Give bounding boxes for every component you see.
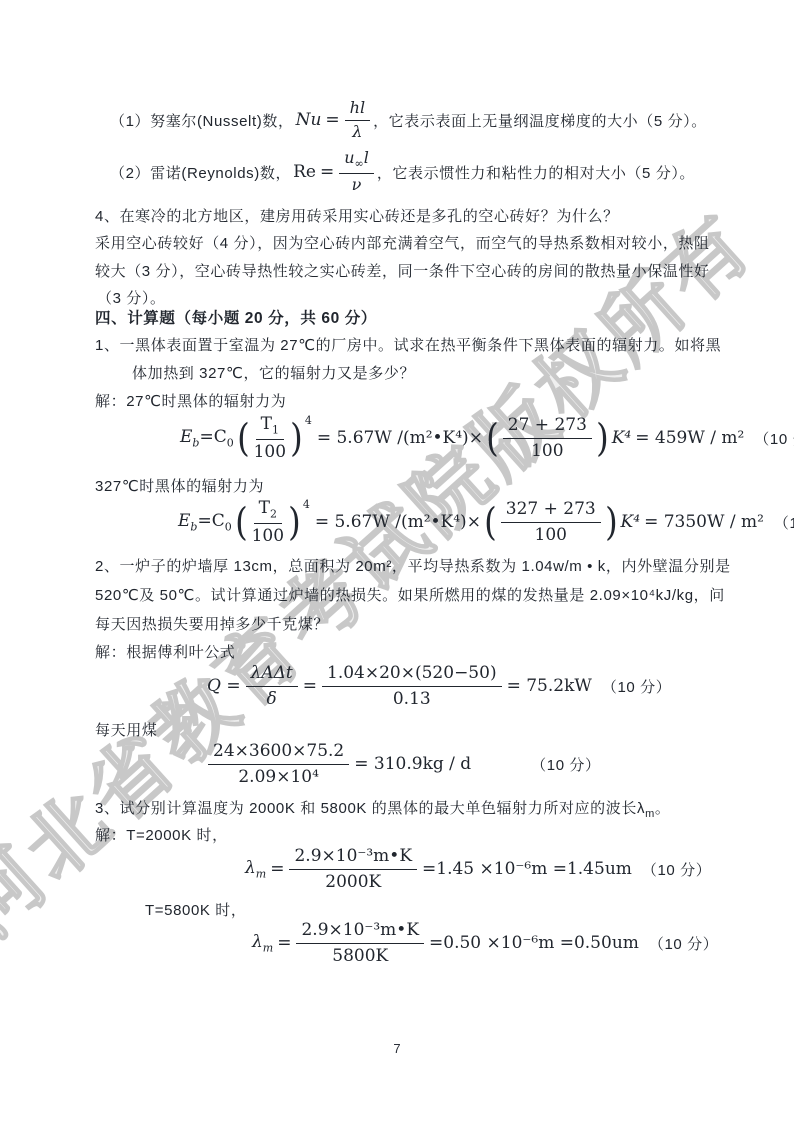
equals-sign: = (325, 110, 339, 130)
nu-symbol: Nu (296, 110, 322, 130)
q-lhs: Q = (207, 676, 241, 696)
p1-question-line-2: 体加热到 327℃，它的辐射力又是多少？ (132, 364, 415, 384)
p1-mid-label: 327℃时黑体的辐射力为 (95, 477, 264, 497)
q4-answer-line-1: 采用空心砖较好（4 分），因为空心砖内部充满着空气，而空气的导热系数相对较小，热… (95, 234, 710, 254)
lambda-a-dt-over-delta: λAΔt δ (246, 662, 298, 709)
k4-unit: K⁴ (612, 428, 632, 448)
wien-fraction: 2.9×10⁻³m•K 2000K (289, 845, 417, 892)
p1-question-line-1: 1、一黑体表面置于室温为 27℃的厂房中。试求在热平衡条件下黑体表面的辐射力。如… (95, 336, 721, 356)
re-symbol: Re (293, 162, 316, 182)
equals-sign: = (303, 676, 317, 696)
section-4-heading: 四、计算题（每小题 20 分，共 60 分） (95, 309, 377, 329)
score-badge: （10 分） (642, 859, 711, 880)
q3-item-2-suffix: ，它表示惯性力和粘性力的相对大小（5 分）。 (377, 162, 695, 183)
equals-sign: = (277, 933, 291, 953)
eb-middle: = 5.67W /(m²•K⁴)× (315, 512, 481, 532)
q3-item-1-suffix: ，它表示表面上无量纲温度梯度的大小（5 分）。 (373, 110, 707, 131)
eb-lhs: Eb=C0 (178, 511, 232, 533)
eb-result: = 459W / m² (635, 428, 744, 448)
q4-question: 4、在寒冷的北方地区，建房用砖采用实心砖还是多孔的空心砖好？为什么？ (95, 207, 619, 227)
temp-sum-over-100: 27 + 273 100 (503, 414, 592, 461)
q4-answer-line-3: （3 分）。 (97, 289, 166, 309)
q3-item-2: （2）雷诺(Reynolds)数， Re = u∞l ν ，它表示惯性力和粘性力… (110, 148, 695, 196)
exponent-4: 4 (305, 412, 312, 426)
p2-question-line-3: 每天因热损失要用掉多少千克煤？ (95, 615, 329, 635)
p2-question-line-2: 520℃及 50℃。试计算通过炉墙的热损失。如果所燃用的煤的发热量是 2.09×… (95, 586, 725, 606)
coal-result: = 310.9kg / d (354, 754, 471, 774)
equals-sign: = (320, 162, 334, 182)
eb-result: = 7350W / m² (644, 512, 764, 532)
q3-item-2-prefix: （2）雷诺(Reynolds)数， (110, 162, 291, 183)
p2-question-line-1: 2、一炉子的炉墙厚 13cm，总面积为 20m²，平均导热系数为 1.04w/m… (95, 557, 731, 577)
p2-solution-label: 解：根据傅利叶公式 (95, 643, 235, 663)
k4-unit: K⁴ (621, 512, 641, 532)
p3-solution-label-2000k: 解：T=2000K 时， (95, 826, 228, 846)
temp-sum-over-100: 327 + 273 100 (501, 498, 601, 545)
score-badge: （10 分） (649, 933, 718, 954)
exponent-4: 4 (303, 496, 310, 510)
formula-fourier: Q = λAΔt δ = 1.04×20×(520−50) 0.13 = 75.… (205, 661, 671, 711)
nu-fraction: hl λ (345, 98, 370, 143)
equals-sign: = (270, 859, 284, 879)
score-badge: （10 分） (774, 512, 794, 533)
formula-eb-27c: Eb=C0 ( T1 100 ) 4 = 5.67W /(m²•K⁴)× ( 2… (178, 412, 794, 464)
coal-fraction: 24×3600×75.2 2.09×10⁴ (208, 740, 349, 787)
q4-answer-line-2: 较大（3 分），空心砖导热性较之实心砖差，同一条件下空心砖的房间的散热量小保温性… (95, 262, 710, 282)
p3-solution-label-5800k: T=5800K 时， (145, 901, 246, 921)
re-fraction: u∞l ν (339, 148, 374, 195)
formula-eb-327c: Eb=C0 ( T2 100 ) 4 = 5.67W /(m²•K⁴)× ( 3… (176, 496, 794, 548)
wien-fraction: 2.9×10⁻³m•K 5800K (296, 919, 424, 966)
q-result: = 75.2kW (507, 676, 592, 696)
page-number: 7 (0, 1041, 794, 1056)
heat-loss-fraction: 1.04×20×(520−50) 0.13 (322, 662, 502, 709)
t2-over-100: T2 100 (252, 497, 284, 547)
score-badge: （10 分） (531, 754, 600, 775)
lambda-lhs: λm (245, 858, 266, 880)
p2-daily-coal-label: 每天用煤 (95, 721, 157, 741)
formula-lambda-2000k: λm = 2.9×10⁻³m•K 2000K =1.45 ×10⁻⁶m =1.4… (243, 844, 711, 894)
score-badge: （10 分） (602, 676, 671, 697)
lambda-result: =1.45 ×10⁻⁶m =1.45um (422, 859, 632, 879)
formula-lambda-5800k: λm = 2.9×10⁻³m•K 5800K =0.50 ×10⁻⁶m =0.5… (250, 918, 718, 968)
eb-middle: = 5.67W /(m²•K⁴)× (317, 428, 483, 448)
eb-lhs: Eb=C0 (180, 427, 234, 449)
q3-item-1: （1）努塞尔(Nusselt)数， Nu = hl λ ，它表示表面上无量纲温度… (110, 96, 707, 144)
formula-daily-coal: 24×3600×75.2 2.09×10⁴ = 310.9kg / d （10 … (205, 736, 601, 792)
score-badge: （10 分） (754, 428, 794, 449)
document-page: （1）努塞尔(Nusselt)数， Nu = hl λ ，它表示表面上无量纲温度… (0, 0, 794, 1123)
t1-over-100: T1 100 (254, 413, 286, 463)
q3-item-1-prefix: （1）努塞尔(Nusselt)数， (110, 110, 294, 131)
p3-question: 3、试分别计算温度为 2000K 和 5800K 的黑体的最大单色辐射力所对应的… (95, 799, 670, 824)
lambda-lhs: λm (252, 932, 273, 954)
lambda-result: =0.50 ×10⁻⁶m =0.50um (429, 933, 639, 953)
p1-solution-label: 解：27℃时黑体的辐射力为 (95, 392, 286, 412)
